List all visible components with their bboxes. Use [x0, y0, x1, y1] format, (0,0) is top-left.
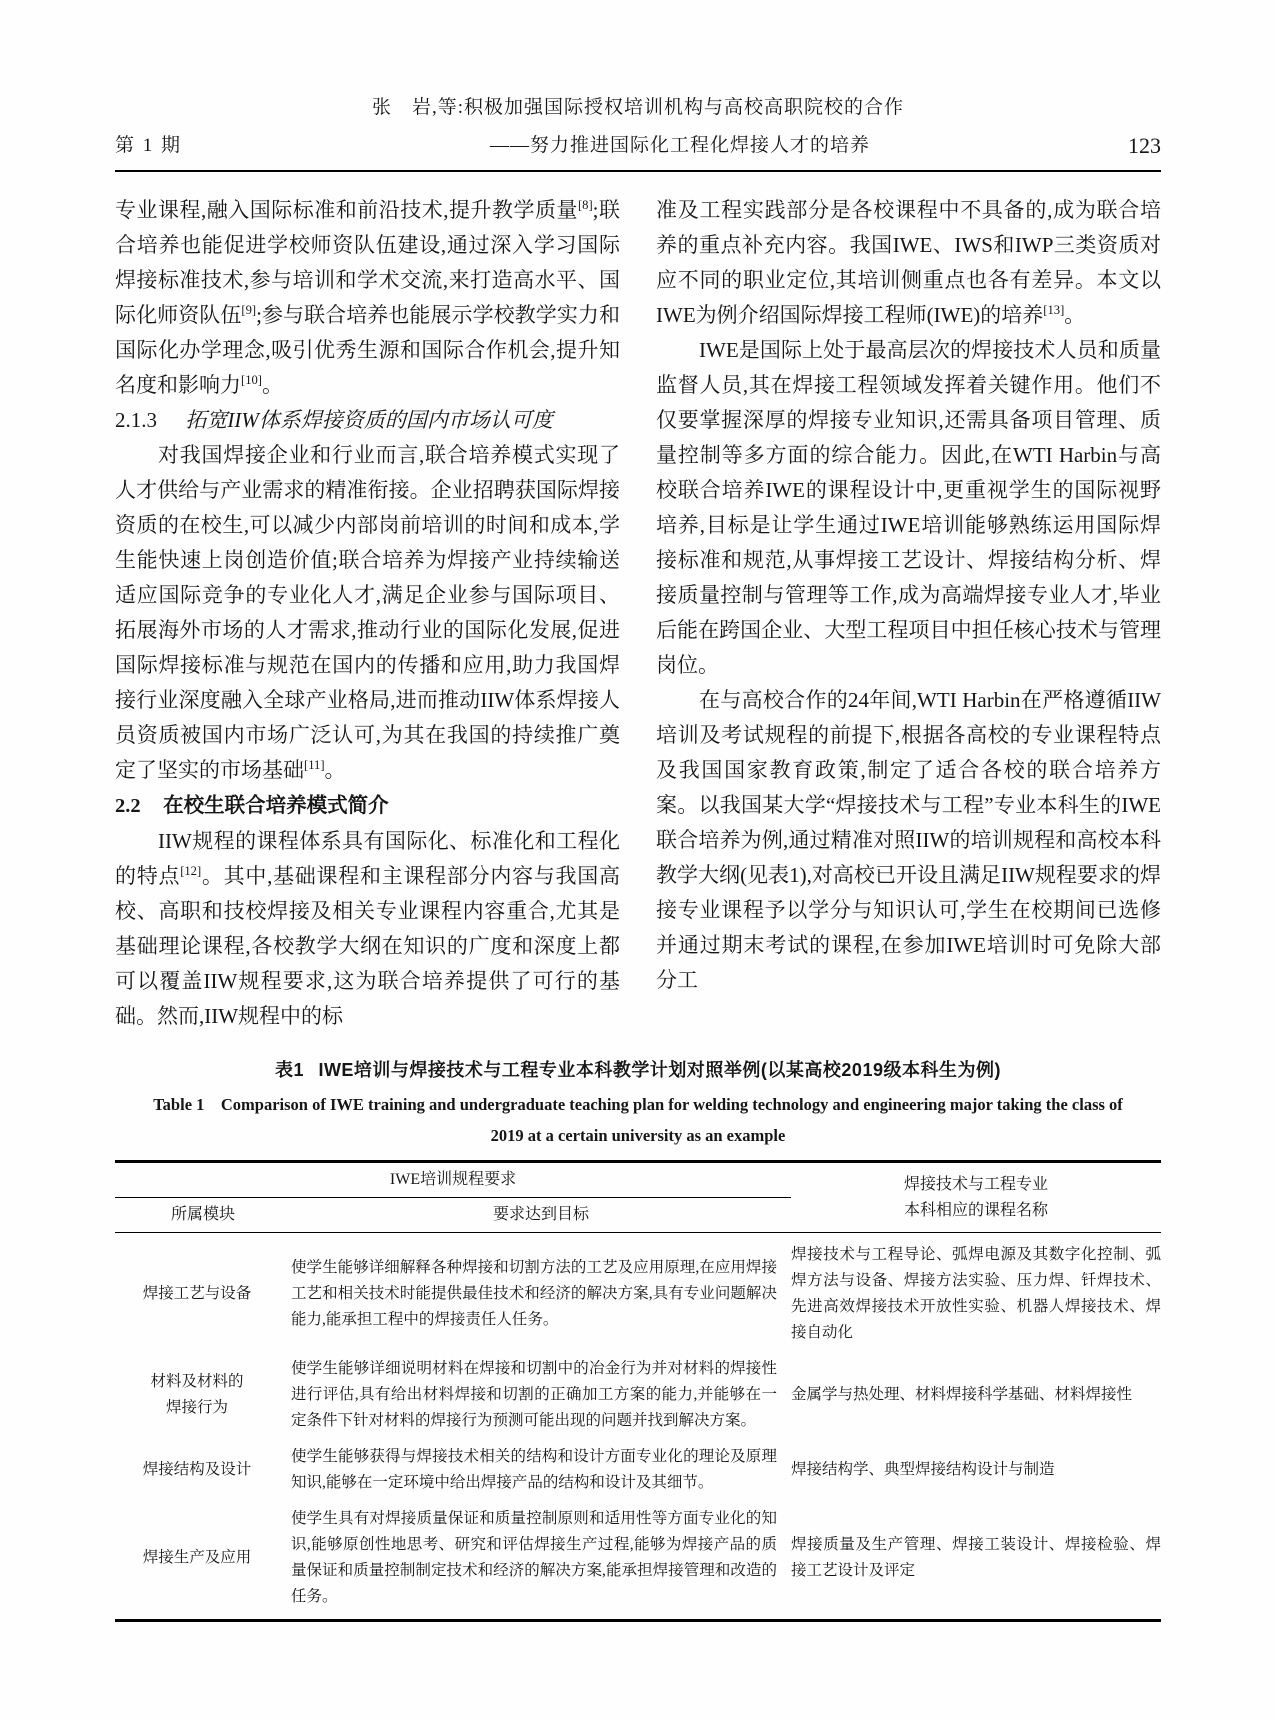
- header-major-line1: 焊接技术与工程专业: [791, 1172, 1161, 1198]
- two-column-body: 专业课程,融入国际标准和前沿技术,提升教学质量[8];联合培养也能促进学校师资队…: [115, 193, 1161, 1034]
- comparison-table: IWE培训规程要求 焊接技术与工程专业 本科相应的课程名称 所属模块 要求达到目…: [115, 1160, 1161, 1622]
- paragraph: 在与高校合作的24年间,WTI Harbin在严格遵循IIW培训及考试规程的前提…: [656, 683, 1161, 998]
- courses-cell: 金属学与热处理、材料焊接科学基础、材料焊接性: [791, 1351, 1161, 1439]
- courses-cell: 焊接结构学、典型焊接结构设计与制造: [791, 1439, 1161, 1501]
- module-cell: 材料及材料的 焊接行为: [115, 1351, 291, 1439]
- page-header: 张 岩,等:积极加强国际授权培训机构与高校高职院校的合作 第 1 期 ——努力推…: [115, 92, 1161, 172]
- header-group-iwe-requirements: IWE培训规程要求: [115, 1162, 791, 1198]
- col-header-module: 所属模块: [115, 1198, 291, 1233]
- header-rule: [115, 170, 1161, 172]
- section-number: 2.1.3: [115, 408, 157, 432]
- section-title: 拓宽IIW体系焊接资质的国内市场认可度: [185, 408, 552, 432]
- paragraph: IWE是国际上处于最高层次的焊接技术人员和质量监督人员,其在焊接工程领域发挥着关…: [656, 333, 1161, 683]
- col-header-objective: 要求达到目标: [291, 1198, 791, 1233]
- running-subtitle: ——努力推进国际化工程化焊接人才的培养: [490, 130, 870, 157]
- courses-cell: 焊接技术与工程导论、弧焊电源及其数字化控制、弧焊方法与设备、焊接方法实验、压力焊…: [791, 1233, 1161, 1352]
- table-row: 焊接生产及应用 使学生具有对焊接质量保证和质量控制原则和适用性等方面专业化的知识…: [115, 1501, 1161, 1621]
- running-head-row: 第 1 期 ——努力推进国际化工程化焊接人才的培养 123: [115, 131, 1161, 159]
- table-head: IWE培训规程要求 焊接技术与工程专业 本科相应的课程名称 所属模块 要求达到目…: [115, 1162, 1161, 1233]
- paragraph: IIW规程的课程体系具有国际化、标准化和工程化的特点[12]。其中,基础课程和主…: [115, 824, 620, 1034]
- section-heading-2-1-3: 2.1.3拓宽IIW体系焊接资质的国内市场认可度: [115, 403, 620, 438]
- paragraph: 专业课程,融入国际标准和前沿技术,提升教学质量[8];联合培养也能促进学校师资队…: [115, 193, 620, 403]
- table-block: 表1IWE培训与焊接技术与工程专业本科教学计划对照举例(以某高校2019级本科生…: [115, 1056, 1161, 1622]
- objective-cell: 使学生能够获得与焊接技术相关的结构和设计方面专业化的理论及原理知识,能够在一定环…: [291, 1439, 791, 1501]
- table-number: 表1: [275, 1060, 304, 1080]
- paper-page: 张 岩,等:积极加强国际授权培训机构与高校高职院校的合作 第 1 期 ——努力推…: [0, 0, 1276, 1719]
- section-number: 2.2: [115, 795, 141, 817]
- header-major-line2: 本科相应的课程名称: [791, 1198, 1161, 1224]
- module-cell: 焊接工艺与设备: [115, 1233, 291, 1352]
- table-row: 焊接工艺与设备 使学生能够详细解释各种焊接和切割方法的工艺及应用原理,在应用焊接…: [115, 1233, 1161, 1352]
- objective-cell: 使学生能够详细说明材料在焊接和切割中的冶金行为并对材料的焊接性进行评估,具有给出…: [291, 1351, 791, 1439]
- table-caption-en: Table 1 Comparison of IWE training and u…: [138, 1089, 1138, 1151]
- right-column: 准及工程实践部分是各校课程中不具备的,成为联合培养的重点补充内容。我国IWE、I…: [656, 193, 1161, 1034]
- running-title: 张 岩,等:积极加强国际授权培训机构与高校高职院校的合作: [115, 92, 1161, 119]
- issue-label: 第 1 期: [115, 130, 182, 157]
- section-heading-2-2: 2.2在校生联合培养模式简介: [115, 788, 620, 824]
- table-row: 焊接结构及设计 使学生能够获得与焊接技术相关的结构和设计方面专业化的理论及原理知…: [115, 1439, 1161, 1501]
- paragraph: 对我国焊接企业和行业而言,联合培养模式实现了人才供给与产业需求的精准衔接。企业招…: [115, 438, 620, 788]
- header-group-major-courses: 焊接技术与工程专业 本科相应的课程名称: [791, 1162, 1161, 1233]
- courses-cell: 焊接质量及生产管理、焊接工装设计、焊接检验、焊接工艺设计及评定: [791, 1501, 1161, 1621]
- module-cell: 焊接生产及应用: [115, 1501, 291, 1621]
- paragraph: 准及工程实践部分是各校课程中不具备的,成为联合培养的重点补充内容。我国IWE、I…: [656, 193, 1161, 333]
- table-row: 材料及材料的 焊接行为 使学生能够详细说明材料在焊接和切割中的冶金行为并对材料的…: [115, 1351, 1161, 1439]
- table-caption-zh-text: IWE培训与焊接技术与工程专业本科教学计划对照举例(以某高校2019级本科生为例…: [318, 1060, 1001, 1080]
- objective-cell: 使学生具有对焊接质量保证和质量控制原则和适用性等方面专业化的知识,能够原创性地思…: [291, 1501, 791, 1621]
- table-body: 焊接工艺与设备 使学生能够详细解释各种焊接和切割方法的工艺及应用原理,在应用焊接…: [115, 1233, 1161, 1621]
- page-number: 123: [1128, 133, 1161, 159]
- table-caption-zh: 表1IWE培训与焊接技术与工程专业本科教学计划对照举例(以某高校2019级本科生…: [115, 1056, 1161, 1082]
- left-column: 专业课程,融入国际标准和前沿技术,提升教学质量[8];联合培养也能促进学校师资队…: [115, 193, 620, 1034]
- objective-cell: 使学生能够详细解释各种焊接和切割方法的工艺及应用原理,在应用焊接工艺和相关技术时…: [291, 1233, 791, 1352]
- module-cell: 焊接结构及设计: [115, 1439, 291, 1501]
- section-title: 在校生联合培养模式简介: [163, 794, 389, 817]
